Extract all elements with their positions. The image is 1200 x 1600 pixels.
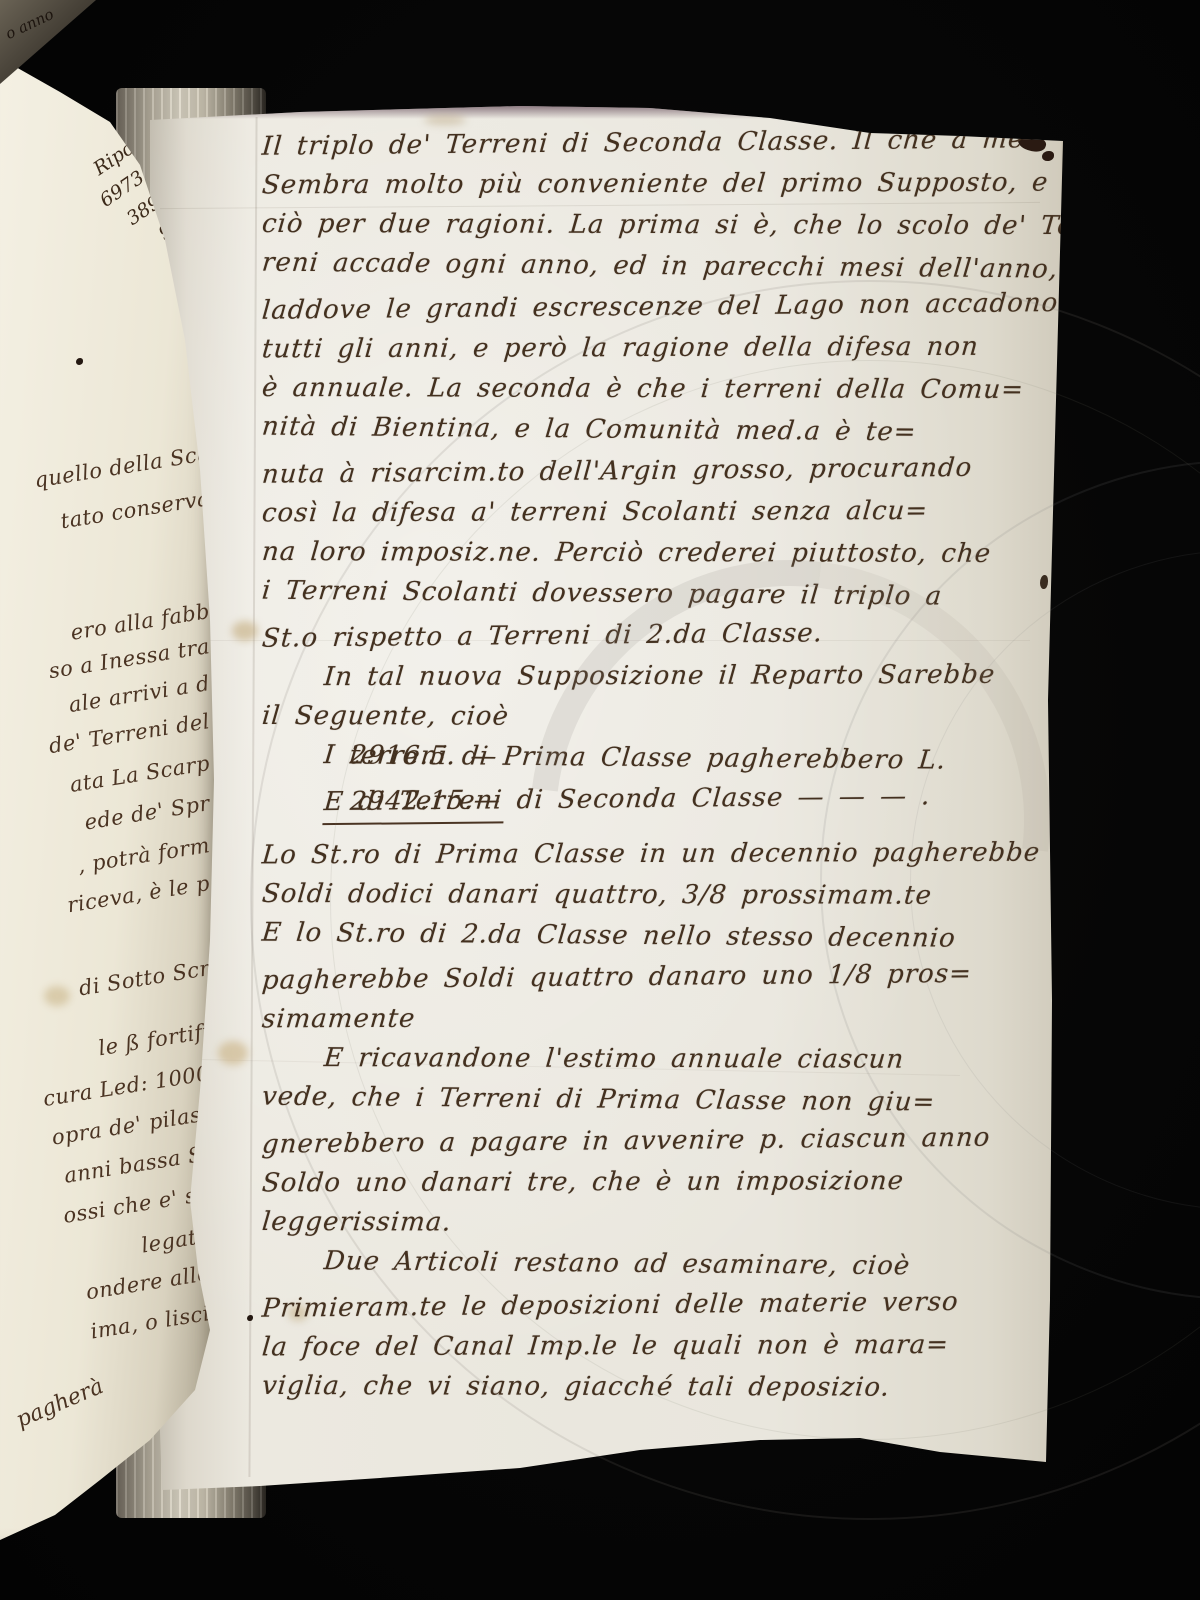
vertical-fold-crease <box>248 117 257 1477</box>
manuscript-line: è annuale. La seconda è che i terreni de… <box>262 368 1034 411</box>
foxing-stain <box>854 93 878 109</box>
manuscript-line: così la difesa a' terreni Scolanti senza… <box>262 491 1034 535</box>
manuscript-line-text: Due Articoli restano ad esaminare, cioè <box>322 1241 912 1287</box>
manuscript-line: gnerebbero a pagare in avvenire p. ciasc… <box>262 1117 1034 1165</box>
manuscript-line: Due Articoli restano ad esaminare, cioè <box>262 1241 1034 1289</box>
manuscript-line-text: è annuale. La seconda è che i terreni de… <box>260 368 1026 411</box>
amount-value: 2916.5. — <box>322 735 503 778</box>
manuscript-line: St.o rispetto a Terreni di 2.da Classe. <box>262 611 1034 659</box>
manuscript-line-text: Sembra molto più conveniente del primo S… <box>260 163 1050 207</box>
manuscript-line: reni accade ogni anno, ed in parecchi me… <box>262 243 1034 291</box>
manuscript-line: simamente <box>262 997 1034 1041</box>
manuscript-line-text: simamente <box>260 999 417 1041</box>
manuscript-line: leggerissima. <box>262 1202 1034 1245</box>
manuscript-line-text: gnerebbero a pagare in avvenire p. ciasc… <box>260 1118 992 1166</box>
page-fragment-text: pagherà <box>13 1375 107 1433</box>
manuscript-line: Sembra molto più conveniente del primo S… <box>262 163 1034 207</box>
manuscript-line-text: In tal nuova Supposizione il Reparto Sar… <box>322 655 997 698</box>
manuscript-line: Primieram.te le deposizioni delle materi… <box>262 1281 1034 1329</box>
manuscript-line: Lo St.ro di Prima Classe in un decennio … <box>262 833 1034 877</box>
manuscript-line: E di Terreni di Seconda Classe — — — .29… <box>262 775 1034 823</box>
manuscript-line-text: E ricavandone l'estimo annuale ciascun <box>322 1038 906 1081</box>
manuscript-line-text: Lo St.ro di Prima Classe in un decennio … <box>260 833 1042 877</box>
manuscript-line-text: ciò per due ragioni. La prima si è, che … <box>260 204 1111 247</box>
manuscript-line-text: nuta à risarcim.to dell'Argin grosso, pr… <box>260 448 973 496</box>
foxing-stain <box>218 1041 248 1065</box>
manuscript-line-text: laddove le grandi escrescenze del Lago n… <box>260 283 1059 332</box>
manuscript-line: tutti gli anni, e però la ragione della … <box>262 327 1034 371</box>
manuscript-line-text: tutti gli anni, e però la ragione della … <box>260 327 980 371</box>
manuscript-photo: Il triplo de' Terreni di Seconda Classe.… <box>0 0 1200 1600</box>
manuscript-line-text: viglia, che vi siano, giacché tali depos… <box>260 1366 892 1409</box>
manuscript-line: I terreni di Prima Classe pagherebbero L… <box>262 735 1034 783</box>
manuscript-line: E lo St.ro di 2.da Classe nello stesso d… <box>262 913 1034 961</box>
manuscript-page: Il triplo de' Terreni di Seconda Classe.… <box>140 105 1070 1500</box>
manuscript-line-text: na loro imposiz.ne. Perciò crederei piut… <box>260 532 993 575</box>
foxing-stain <box>232 621 258 641</box>
manuscript-line: E ricavandone l'estimo annuale ciascun <box>262 1038 1034 1081</box>
manuscript-line-text: St.o rispetto a Terreni di 2.da Classe. <box>260 613 824 659</box>
manuscript-line-text: la foce del Canal Imp.le le quali non è … <box>260 1325 950 1368</box>
manuscript-line-text: così la difesa a' terreni Scolanti senza… <box>260 491 930 534</box>
manuscript-text-block: Il triplo de' Terreni di Seconda Classe.… <box>262 123 1034 1488</box>
manuscript-line: i Terreni Scolanti dovessero pagare il t… <box>262 571 1034 619</box>
manuscript-line-text: il Seguente, cioè <box>260 696 511 738</box>
manuscript-line-text: vede, che i Terreni di Prima Classe non … <box>260 1077 937 1124</box>
ink-speck <box>76 358 83 365</box>
page-fragment-text: ima, o lisci <box>0 1301 212 1383</box>
manuscript-line: ciò per due ragioni. La prima si è, che … <box>262 204 1034 247</box>
page-fragment-text: tato conserva <box>0 486 212 568</box>
manuscript-line-text: i Terreni Scolanti dovessero pagare il t… <box>260 571 944 618</box>
manuscript-line: Il triplo de' Terreni di Seconda Classe.… <box>262 119 1034 167</box>
ink-blot <box>1042 151 1054 161</box>
manuscript-line-text: pagherebbe Soldi quattro danaro uno 1/8 … <box>260 954 973 1002</box>
manuscript-line: vede, che i Terreni di Prima Classe non … <box>262 1077 1034 1125</box>
ink-speck <box>247 1315 253 1321</box>
manuscript-line-text: Primieram.te le deposizioni delle materi… <box>260 1282 960 1330</box>
manuscript-line: Soldi dodici danari quattro, 3/8 prossim… <box>262 874 1034 917</box>
manuscript-line: na loro imposiz.ne. Perciò crederei piut… <box>262 532 1034 575</box>
corner-note-text: o anno <box>3 6 56 42</box>
manuscript-line: la foce del Canal Imp.le le quali non è … <box>262 1325 1034 1369</box>
manuscript-line: nità di Bientina, e la Comunità med.a è … <box>262 407 1034 455</box>
manuscript-line: viglia, che vi siano, giacché tali depos… <box>262 1366 1034 1409</box>
manuscript-line-text: Soldo uno danari tre, che è un imposizio… <box>260 1161 905 1204</box>
edge-notch <box>1040 575 1048 589</box>
manuscript-line: il Seguente, cioè <box>262 696 1034 739</box>
amount-value: 2942.15.— <box>322 780 506 825</box>
manuscript-line: pagherebbe Soldi quattro danaro uno 1/8 … <box>262 953 1034 1001</box>
manuscript-line: In tal nuova Supposizione il Reparto Sar… <box>262 655 1034 699</box>
manuscript-line-text: Il triplo de' Terreni di Seconda Classe.… <box>260 119 1026 167</box>
manuscript-line: laddove le grandi escrescenze del Lago n… <box>262 283 1034 331</box>
manuscript-line-text: leggerissima. <box>260 1202 453 1243</box>
manuscript-line: Soldo uno danari tre, che è un imposizio… <box>262 1161 1034 1205</box>
manuscript-line-text: Soldi dodici danari quattro, 3/8 prossim… <box>260 874 934 917</box>
manuscript-line-text: E lo St.ro di 2.da Classe nello stesso d… <box>260 913 958 960</box>
manuscript-line: nuta à risarcim.to dell'Argin grosso, pr… <box>262 447 1034 495</box>
manuscript-line-text: nità di Bientina, e la Comunità med.a è … <box>260 407 918 454</box>
